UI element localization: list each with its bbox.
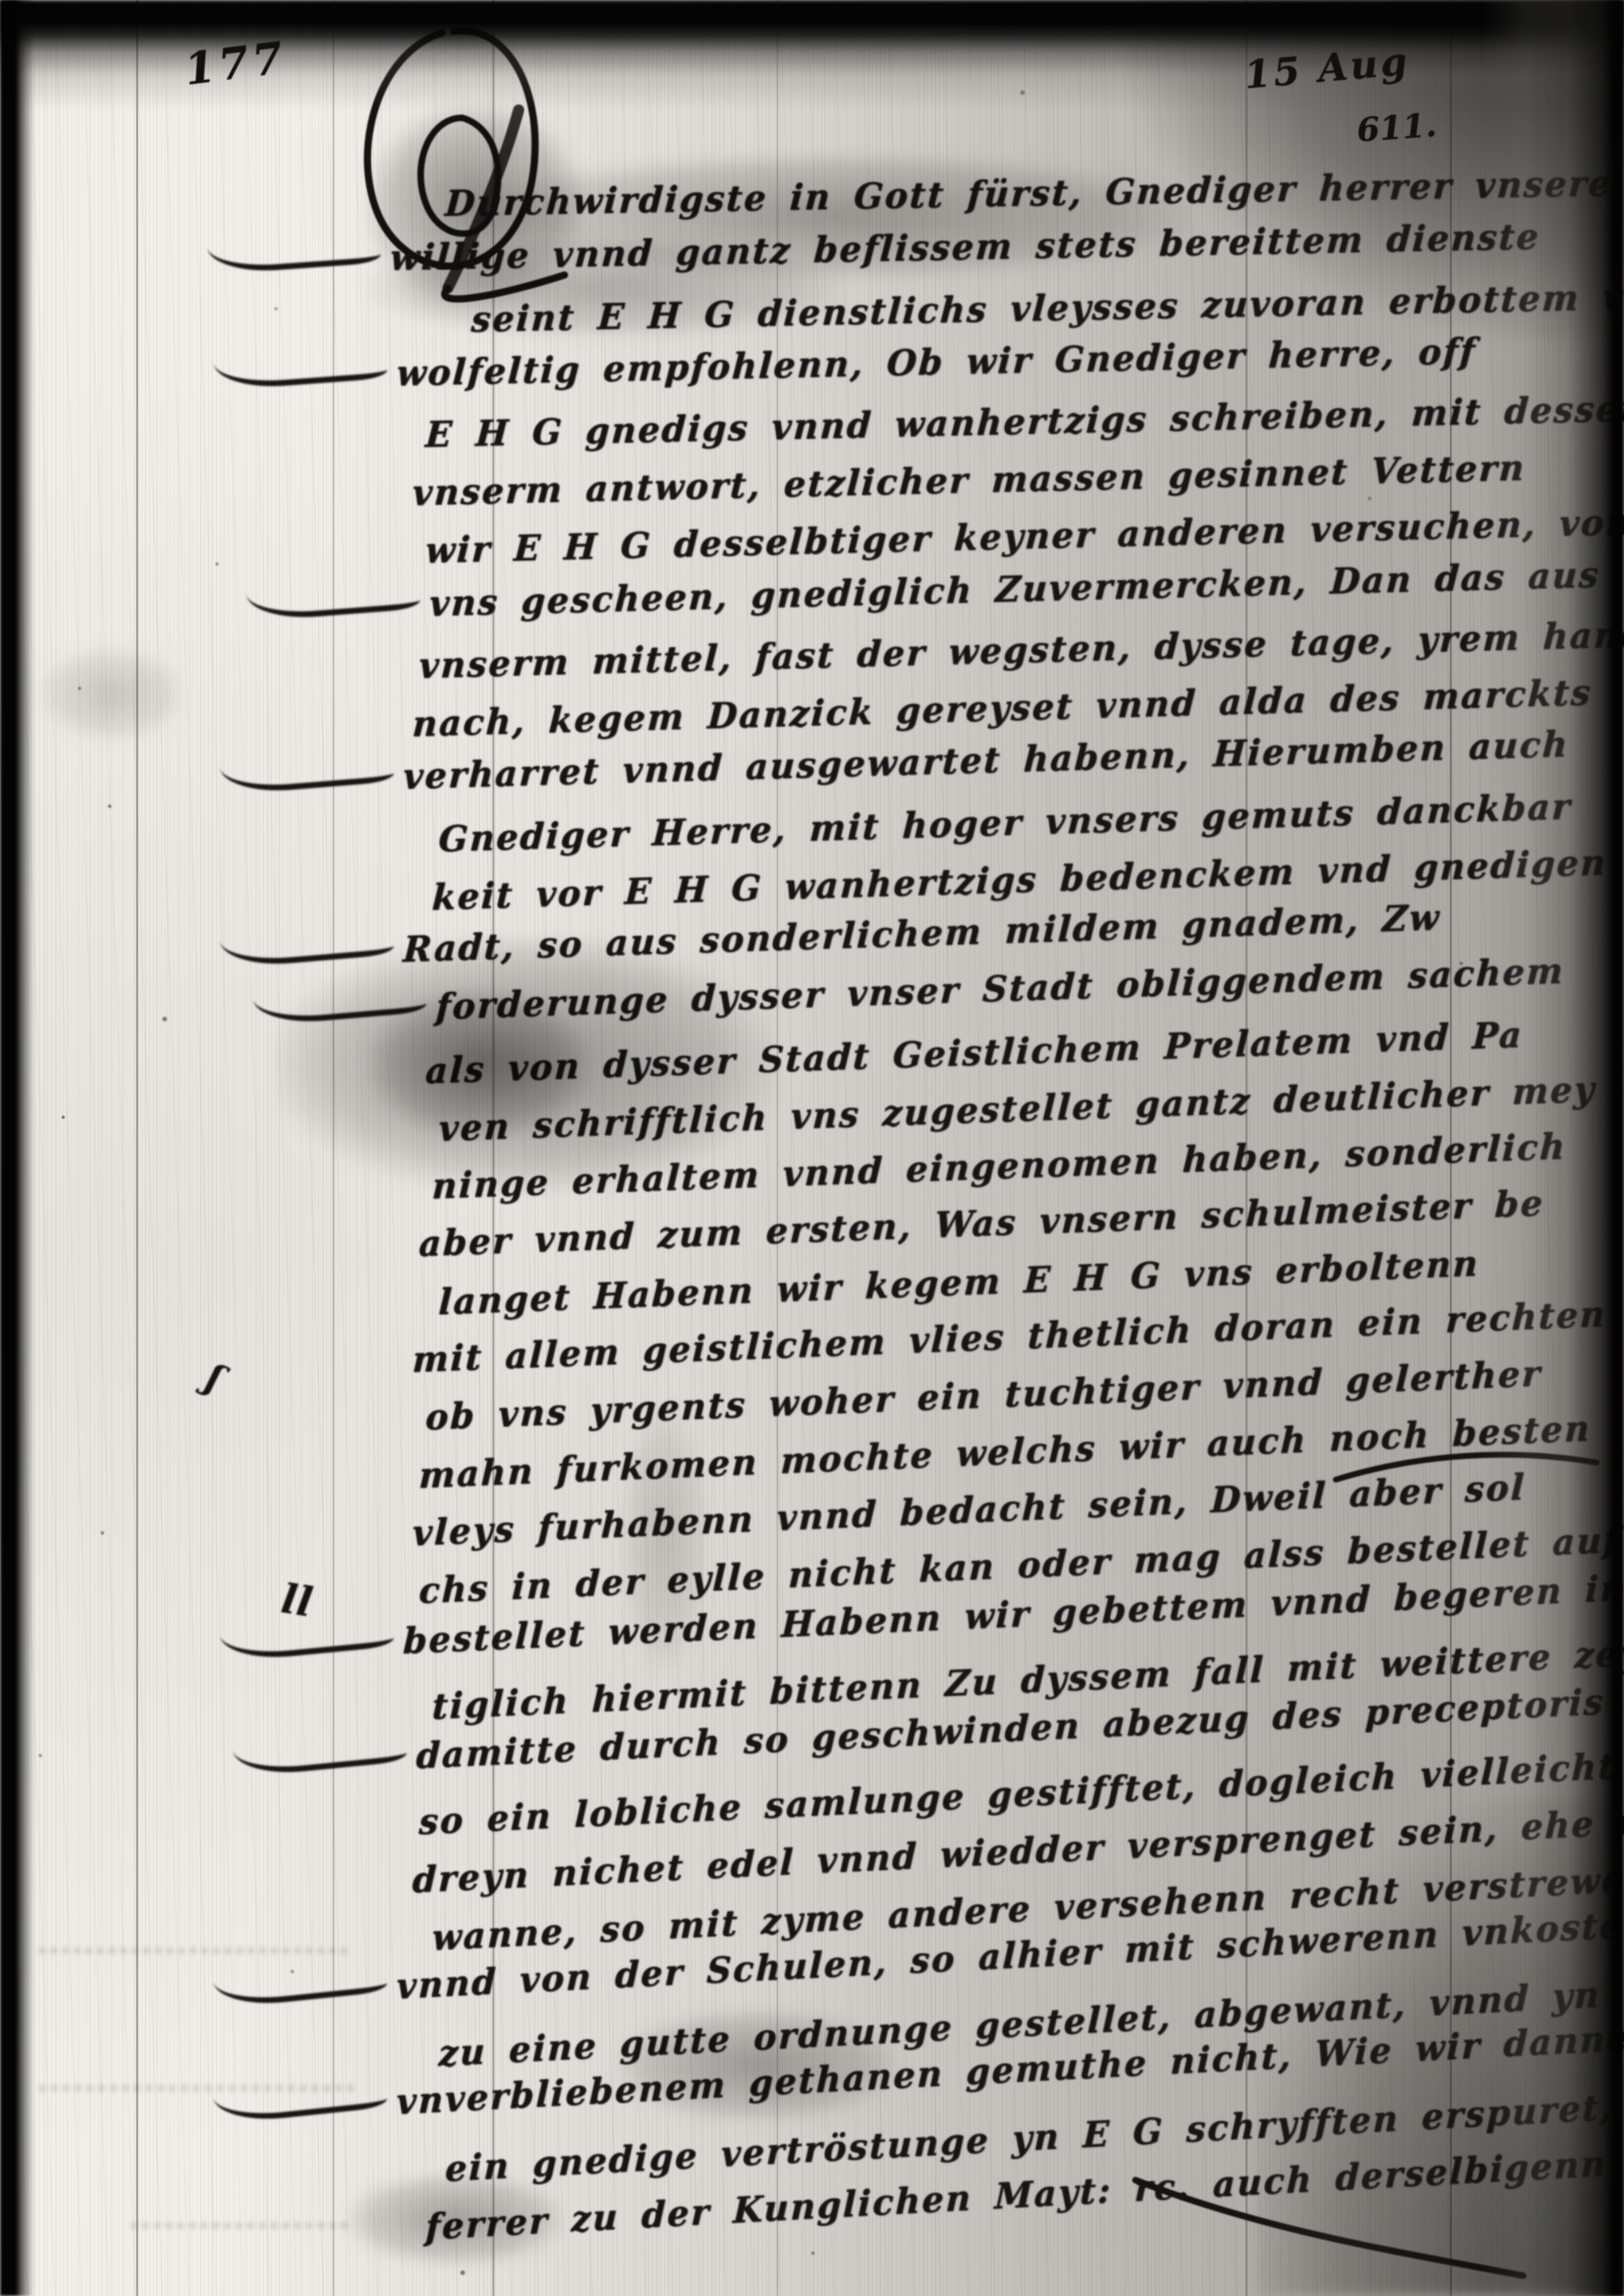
scan-edge-right	[1480, 0, 1624, 2296]
lead-in-flourish	[207, 235, 381, 276]
page-number-annotation: 611.	[1356, 105, 1438, 149]
bleed-through-marks	[39, 1948, 347, 1954]
bleed-through-marks	[131, 2223, 347, 2229]
manuscript-page: 177 15 Aug 611. ll ʃ Durchwirdigste in G…	[0, 0, 1624, 2296]
scan-edge-left	[0, 0, 34, 2296]
